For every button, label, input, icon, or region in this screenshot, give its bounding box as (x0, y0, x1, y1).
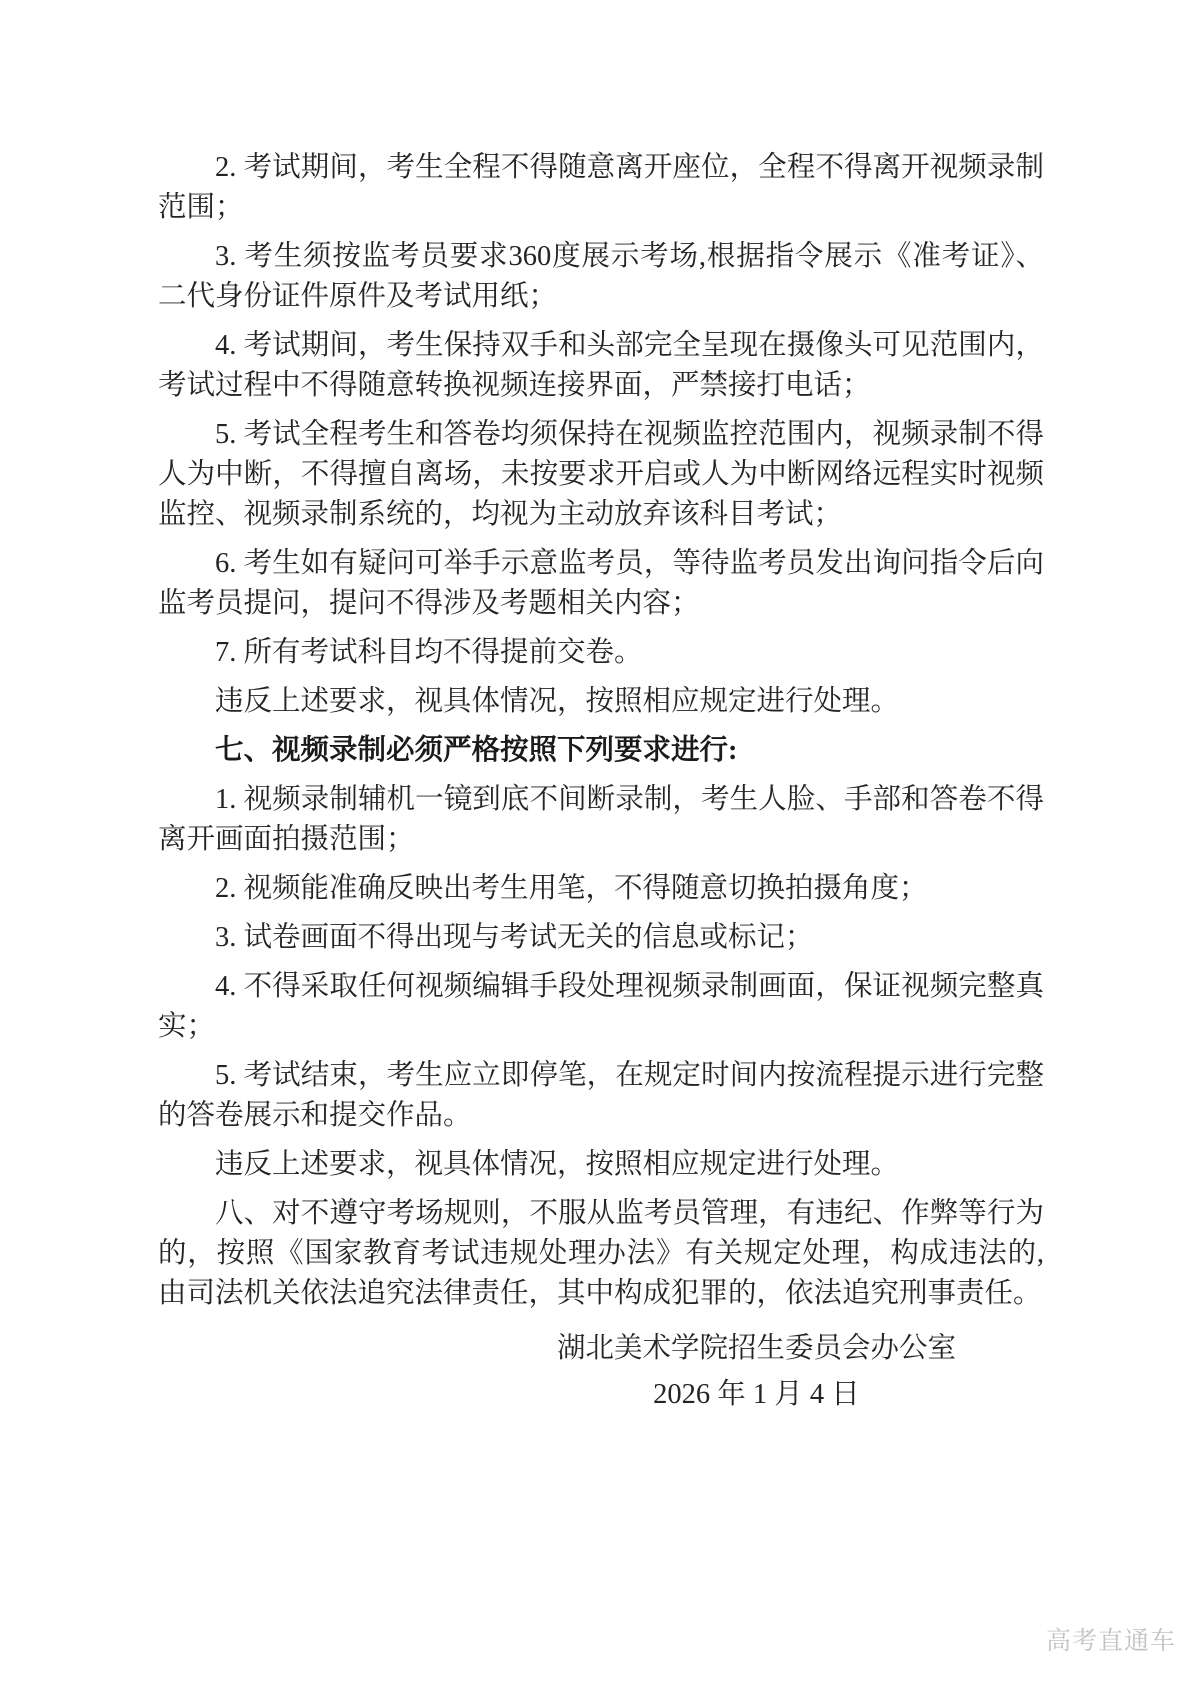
paragraph: 八、对不遵守考场规则，不服从监考员管理，有违纪、作弊等行为的，按照《国家教育考试… (158, 1194, 1044, 1314)
paragraph: 7. 所有考试科目均不得提前交卷。 (158, 633, 1044, 673)
paragraph: 1. 视频录制辅机一镜到底不间断录制，考生人脸、手部和答卷不得离开画面拍摄范围； (158, 780, 1044, 860)
document-body: 2. 考试期间，考生全程不得随意离开座位，全程不得离开视频录制范围；3. 考生须… (158, 148, 1044, 1323)
paragraph: 违反上述要求，视具体情况，按照相应规定进行处理。 (158, 1145, 1044, 1185)
paragraph: 5. 考试结束，考生应立即停笔，在规定时间内按流程提示进行完整的答卷展示和提交作… (158, 1056, 1044, 1136)
paragraph: 4. 考试期间，考生保持双手和头部完全呈现在摄像头可见范围内，考试过程中不得随意… (158, 326, 1044, 406)
document-page: 2. 考试期间，考生全程不得随意离开座位，全程不得离开视频录制范围；3. 考生须… (0, 0, 1190, 1683)
paragraph: 违反上述要求，视具体情况，按照相应规定进行处理。 (158, 682, 1044, 722)
paragraph: 3. 考生须按监考员要求360度展示考场,根据指令展示《准考证》、二代身份证件原… (158, 237, 1044, 317)
section-heading: 七、视频录制必须严格按照下列要求进行: (158, 731, 1044, 771)
paragraph: 5. 考试全程考生和答卷均须保持在视频监控范围内，视频录制不得人为中断，不得擅自… (158, 415, 1044, 535)
paragraph: 2. 视频能准确反映出考生用笔，不得随意切换拍摄角度； (158, 869, 1044, 909)
paragraph: 6. 考生如有疑问可举手示意监考员，等待监考员发出询问指令后向监考员提问，提问不… (158, 544, 1044, 624)
signature-date: 2026 年 1 月 4 日 (557, 1372, 956, 1418)
signature-inner: 湖北美术学院招生委员会办公室 2026 年 1 月 4 日 (557, 1326, 956, 1418)
watermark-text: 高考直通车 (1046, 1621, 1176, 1657)
paragraph: 2. 考试期间，考生全程不得随意离开座位，全程不得离开视频录制范围； (158, 148, 1044, 228)
paragraph: 3. 试卷画面不得出现与考试无关的信息或标记； (158, 918, 1044, 958)
signature-organization: 湖北美术学院招生委员会办公室 (557, 1326, 956, 1372)
signature-block: 湖北美术学院招生委员会办公室 2026 年 1 月 4 日 (158, 1326, 1044, 1418)
paragraph: 4. 不得采取任何视频编辑手段处理视频录制画面，保证视频完整真实； (158, 967, 1044, 1047)
